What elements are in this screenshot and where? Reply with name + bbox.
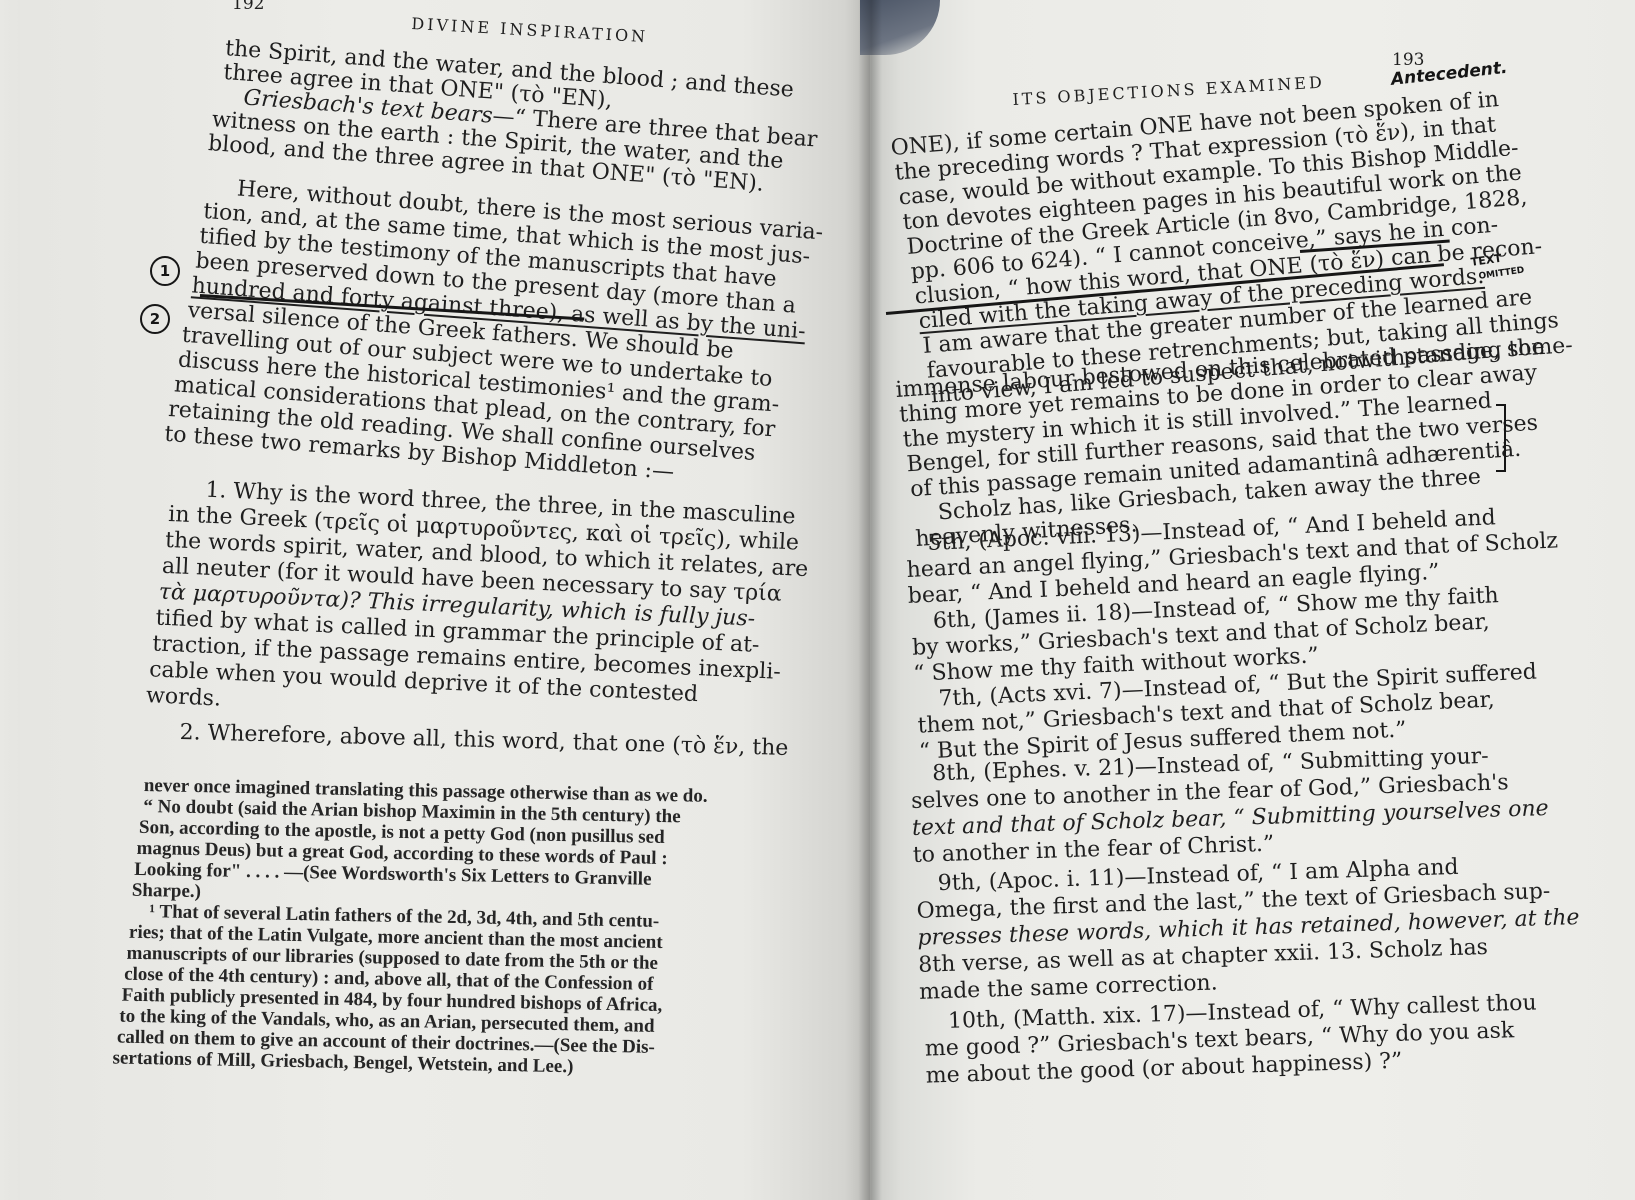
book-gutter <box>858 0 882 1200</box>
remark-line: words. <box>146 685 222 710</box>
footnote-line: Sharpe.) <box>132 881 202 901</box>
margin-mark-2: 2 <box>140 304 170 334</box>
open-book-photo: 192 DIVINE INSPIRATION the Spirit, and t… <box>0 0 1635 1200</box>
margin-mark-1: 1 <box>150 256 180 286</box>
left-page-number: 192 <box>232 0 264 14</box>
pen-bracket <box>1496 404 1506 472</box>
